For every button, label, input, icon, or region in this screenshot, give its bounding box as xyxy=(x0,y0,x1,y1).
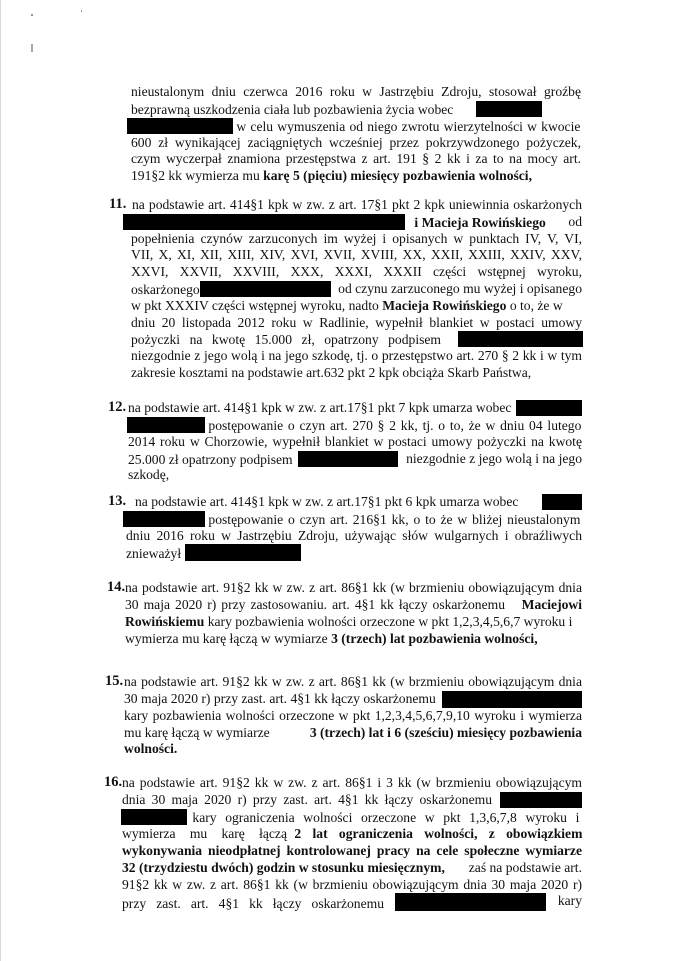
scan-speck xyxy=(31,14,33,16)
item-number: 13. xyxy=(108,493,126,509)
text-line: na podstawie art. 91§2 kk w zw. z art. 8… xyxy=(124,674,582,690)
text-line: wymierza mu karę łączą w wymiarze 3 (trz… xyxy=(125,631,538,647)
redaction-block xyxy=(395,893,546,911)
scan-speck xyxy=(31,44,33,52)
text-line: zakresie kosztami na podstawie art.632 p… xyxy=(131,365,531,381)
redaction-block xyxy=(200,281,331,297)
text-line: dnia 30 maja 2020 r) przy zast. art. 4§1… xyxy=(122,792,582,808)
text-line: 30 maja 2020 r) przy zastosowaniu. art. … xyxy=(125,597,582,613)
text-line: wolności. xyxy=(124,741,177,757)
item-number: 14. xyxy=(107,579,125,595)
text-line: 32 (trzydziestu dwóch) godzin w stosunku… xyxy=(122,860,582,876)
redaction-block xyxy=(442,691,582,708)
redaction-block xyxy=(127,417,205,433)
text-line: w celu wymuszenia od niego zwrotu wierzy… xyxy=(127,118,581,135)
redaction-block xyxy=(476,101,542,117)
text-line: 600 zł wynikającej zaciągniętych wcześni… xyxy=(131,135,581,151)
text-line: 191§2 kk wymierza mu karę 5 (pięciu) mie… xyxy=(131,168,532,184)
text-line: na podstawie art. 414§1 kpk w zw. z art.… xyxy=(135,494,582,510)
text-line: przy zast. art. 4§1 kk łączy oskarżonemu… xyxy=(122,893,582,912)
text-line: czym wyczerpał znamiona przestępstwa z a… xyxy=(131,151,581,167)
text-line: dniu 20 listopada 2012 roku w Radlinie, … xyxy=(131,315,582,331)
item-number: 15. xyxy=(105,673,123,689)
text-line: VII, X, XI, XII, XIII, XIV, XVI, XVII, X… xyxy=(131,247,582,263)
text-line: popełnienia czynów zarzuconych im wyżej … xyxy=(131,231,582,247)
redaction-block xyxy=(298,451,398,467)
redaction-block xyxy=(516,400,582,416)
text-line: Rowińskiemu kary pozbawienia wolności or… xyxy=(125,614,582,630)
text-line: znieważył xyxy=(126,544,301,562)
item-number: 12. xyxy=(108,399,126,415)
text-line: wymierza mu karę łączą 2 lat ograniczeni… xyxy=(122,826,582,842)
scan-speck xyxy=(81,10,82,12)
text-line: bezprawną uszkodzenia ciała lub pozbawie… xyxy=(131,101,581,118)
text-line: postępowanie o czyn art. 216§1 kk, o to … xyxy=(123,511,582,528)
text-line: mu karę łączą w wymiarze 3 (trzech) lat … xyxy=(124,725,582,741)
text-line: na podstawie art. 91§2 kk w zw. z art. 8… xyxy=(125,580,582,596)
text-line: dniu 2016 roku w Jastrzębiu Zdroju, używ… xyxy=(126,528,582,544)
text-line: 25.000 zł opatrzony podpisem niezgodnie … xyxy=(128,451,582,468)
redaction-block xyxy=(500,792,582,808)
text-line: niezgodnie z jego wolą i na jego szkodę,… xyxy=(131,348,582,364)
text-line: na podstawie art. 414§1 kpk w zw. z art.… xyxy=(132,197,582,213)
text-line: 2014 roku w Chorzowie, wypełnił blankiet… xyxy=(128,434,582,450)
text-line: 30 maja 2020 r) przy zast. art. 4§1 kk ł… xyxy=(124,691,582,708)
text-line: w pkt XXXIV części wstępnej wyroku, nadt… xyxy=(131,298,582,314)
text-line: postępowanie o czyn art. 270 § 2 kk, tj.… xyxy=(127,417,582,434)
text-line: XXVI, XXVII, XXVIII, XXX, XXXI, XXXII cz… xyxy=(131,264,582,280)
text-line: i Macieja Rowińskiego od xyxy=(123,214,582,231)
redaction-block xyxy=(123,214,405,230)
text-line: oskarżonego od czynu zarzuconego mu wyże… xyxy=(131,281,582,298)
text-line: kary pozbawienia wolności orzeczone w pk… xyxy=(124,708,582,724)
text-line: wykonywania nieodpłatnej kontrolowanej p… xyxy=(122,843,582,859)
redaction-block xyxy=(123,511,205,527)
text-line: na podstawie art. 414§1 kpk w zw. z art.… xyxy=(128,400,582,416)
text-line: kary ograniczenia wolności orzeczone w p… xyxy=(121,809,582,826)
text-line: szkodę, xyxy=(128,467,169,483)
redaction-block xyxy=(121,809,187,825)
text-line: nieustalonym dniu czerwca 2016 roku w Ja… xyxy=(131,84,581,100)
document-page: nieustalonym dniu czerwca 2016 roku w Ja… xyxy=(0,0,680,961)
redaction-block xyxy=(542,494,582,510)
redaction-block xyxy=(127,118,233,134)
sentence-emphasis: karę 5 (pięciu) miesięcy pozbawienia wol… xyxy=(263,168,532,183)
text-line: na podstawie art. 91§2 kk w zw. z art. 8… xyxy=(122,775,582,791)
redaction-block xyxy=(458,331,583,347)
text-line: pożyczki na kwotę 15.000 zł, opatrzony p… xyxy=(131,331,582,348)
text-line: 91§2 kk w zw. z art. 86§1 kk (w brzmieni… xyxy=(122,877,582,893)
item-number: 11. xyxy=(109,196,126,212)
item-number: 16. xyxy=(104,774,122,790)
redaction-block xyxy=(185,544,301,561)
